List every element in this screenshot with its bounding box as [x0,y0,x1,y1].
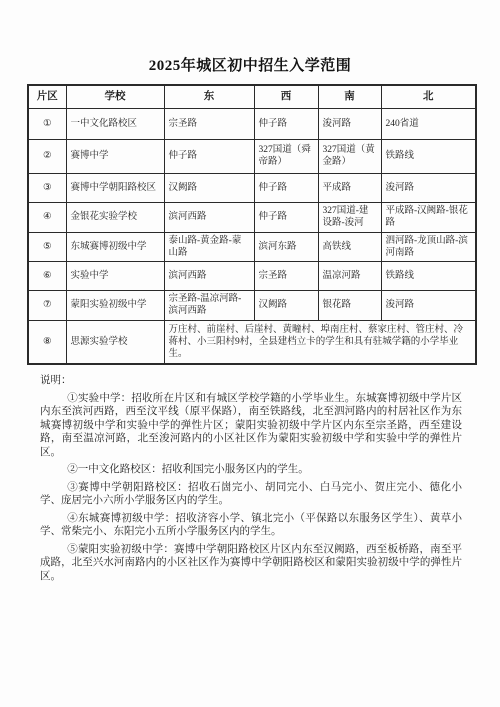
notes-section: 说明： ①实验中学：招收所在片区和有城区学校学籍的小学毕业生。东城赛博初级中学片… [40,374,462,583]
boundary-south: 温凉河路 [318,261,381,290]
note-paragraph: ②一中文化路校区：招收利国完小服务区内的学生。 [40,463,462,477]
enrollment-table: 片区 学校 东 西 南 北 ① 一中文化路校区 宗圣路 仲子路 浚河路 240省… [27,84,477,365]
header-south: 南 [318,85,381,108]
boundary-west: 仲子路 [254,108,318,139]
boundary-west: 仲子路 [254,202,318,232]
boundary-north: 泗河路-龙顶山路-滨河南路 [381,232,476,261]
note-paragraph: ⑤蒙阳实验初级中学：赛博中学朝阳路校区片区内东至汉阙路，西至板桥路，南至平成路，… [40,543,462,584]
boundary-east: 仲子路 [164,139,254,173]
enrollment-range: 万庄村、前崖村、后崖村、黄疃村、埠南庄村、蔡家庄村、管庄村、冷蒋村、小三阳村9村… [164,320,476,364]
boundary-north: 浚河路 [381,290,476,320]
boundary-west: 327国道（舜帝路） [254,139,318,173]
school-name: 金银花实验学校 [66,202,164,232]
boundary-east: 泰山路-黄金路-蒙山路 [164,232,254,261]
district-number: ② [28,139,66,173]
note-paragraph: ①实验中学：招收所在片区和有城区学校学籍的小学毕业生。东城赛博初级中学片区内东至… [40,392,462,460]
table-row: ⑧ 思源实验学校 万庄村、前崖村、后崖村、黄疃村、埠南庄村、蔡家庄村、管庄村、冷… [28,320,476,364]
header-west: 西 [254,85,318,108]
district-number: ⑥ [28,261,66,290]
table-row: ⑥ 实验中学 滨河西路 宗圣路 温凉河路 铁路线 [28,261,476,290]
boundary-south: 浚河路 [318,108,381,139]
boundary-south: 327国道（黄金路） [318,139,381,173]
boundary-south: 高铁线 [318,232,381,261]
boundary-east: 宗圣路 [164,108,254,139]
boundary-east: 汉阙路 [164,173,254,202]
table-row: ④ 金银花实验学校 滨河西路 仲子路 327国道-建设路-浚河 平成路-汉阙路-… [28,202,476,232]
boundary-north: 铁路线 [381,139,476,173]
boundary-east: 滨河西路 [164,202,254,232]
header-east: 东 [164,85,254,108]
notes-label: 说明： [40,374,462,388]
district-number: ① [28,108,66,139]
document-page: 2025年城区初中招生入学范围 片区 学校 东 西 南 北 ① 一中文化路校区 … [0,0,500,707]
school-name: 蒙阳实验初级中学 [66,290,164,320]
header-district: 片区 [28,85,66,108]
header-north: 北 [381,85,476,108]
school-name: 一中文化路校区 [66,108,164,139]
school-name: 赛博中学朝阳路校区 [66,173,164,202]
district-number: ④ [28,202,66,232]
table-row: ① 一中文化路校区 宗圣路 仲子路 浚河路 240省道 [28,108,476,139]
school-name: 思源实验学校 [66,320,164,364]
header-school: 学校 [66,85,164,108]
boundary-north: 铁路线 [381,261,476,290]
table-header-row: 片区 学校 东 西 南 北 [28,85,476,108]
boundary-east: 滨河西路 [164,261,254,290]
district-number: ③ [28,173,66,202]
note-paragraph: ③赛博中学朝阳路校区：招收石崮完小、胡同完小、白马完小、贺庄完小、德化小学、庞居… [40,481,462,508]
table-row: ⑦ 蒙阳实验初级中学 宗圣路-温凉河路-滨河西路 汉阙路 银花路 浚河路 [28,290,476,320]
page-title: 2025年城区初中招生入学范围 [0,0,500,75]
table-row: ③ 赛博中学朝阳路校区 汉阙路 仲子路 平成路 浚河路 [28,173,476,202]
school-name: 东城赛博初级中学 [66,232,164,261]
boundary-west: 滨河东路 [254,232,318,261]
boundary-west: 宗圣路 [254,261,318,290]
boundary-south: 银花路 [318,290,381,320]
table-row: ② 赛博中学 仲子路 327国道（舜帝路） 327国道（黄金路） 铁路线 [28,139,476,173]
boundary-north: 浚河路 [381,173,476,202]
boundary-south: 327国道-建设路-浚河 [318,202,381,232]
boundary-west: 仲子路 [254,173,318,202]
boundary-north: 240省道 [381,108,476,139]
table-row: ⑤ 东城赛博初级中学 泰山路-黄金路-蒙山路 滨河东路 高铁线 泗河路-龙顶山路… [28,232,476,261]
school-name: 赛博中学 [66,139,164,173]
district-number: ⑦ [28,290,66,320]
district-number: ⑧ [28,320,66,364]
boundary-west: 汉阙路 [254,290,318,320]
note-paragraph: ④东城赛博初级中学：招收济容小学、镇北完小（平保路以东服务区学生）、黄草小学、常… [40,512,462,539]
boundary-south: 平成路 [318,173,381,202]
boundary-east: 宗圣路-温凉河路-滨河西路 [164,290,254,320]
boundary-north: 平成路-汉阙路-银花路 [381,202,476,232]
district-number: ⑤ [28,232,66,261]
school-name: 实验中学 [66,261,164,290]
